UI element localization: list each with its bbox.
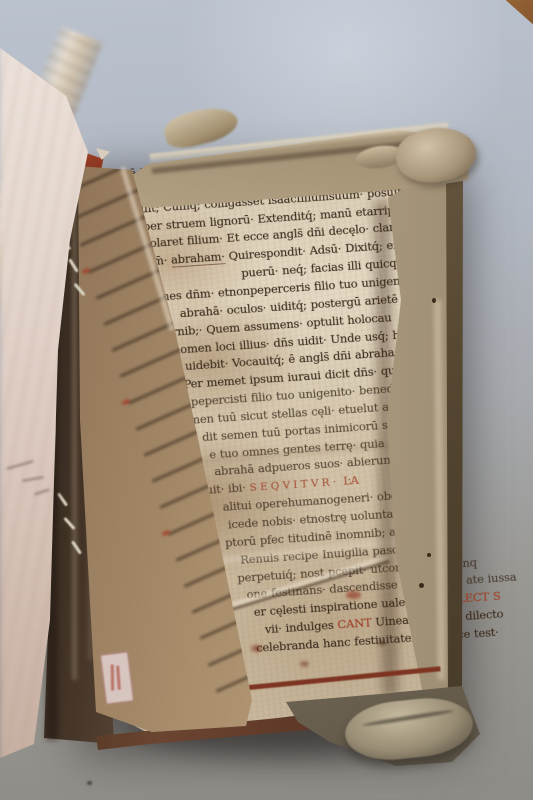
red-stain [251, 645, 262, 652]
wormhole [432, 298, 436, 303]
ink-text: uit· ibi· [205, 480, 250, 497]
wormhole [419, 583, 424, 588]
wormhole [427, 553, 431, 557]
red-stain [346, 591, 361, 599]
shelf-label [100, 651, 134, 704]
rubric-text: LECT S [457, 589, 501, 606]
rubric-text: ĿA [339, 473, 359, 488]
label-mark [116, 666, 121, 690]
rubric-text: CANT [337, 615, 372, 631]
manuscript-photo: rā holocausta filii mi· Pergebant ergopa… [0, 0, 533, 800]
dust-speck [87, 781, 92, 785]
ink-text: abraham· [171, 249, 226, 268]
rubric-text: SEQVITVR· [249, 476, 339, 494]
ink-text: vii· indulges [265, 618, 338, 637]
label-mark [111, 665, 114, 691]
red-stain [300, 661, 309, 667]
